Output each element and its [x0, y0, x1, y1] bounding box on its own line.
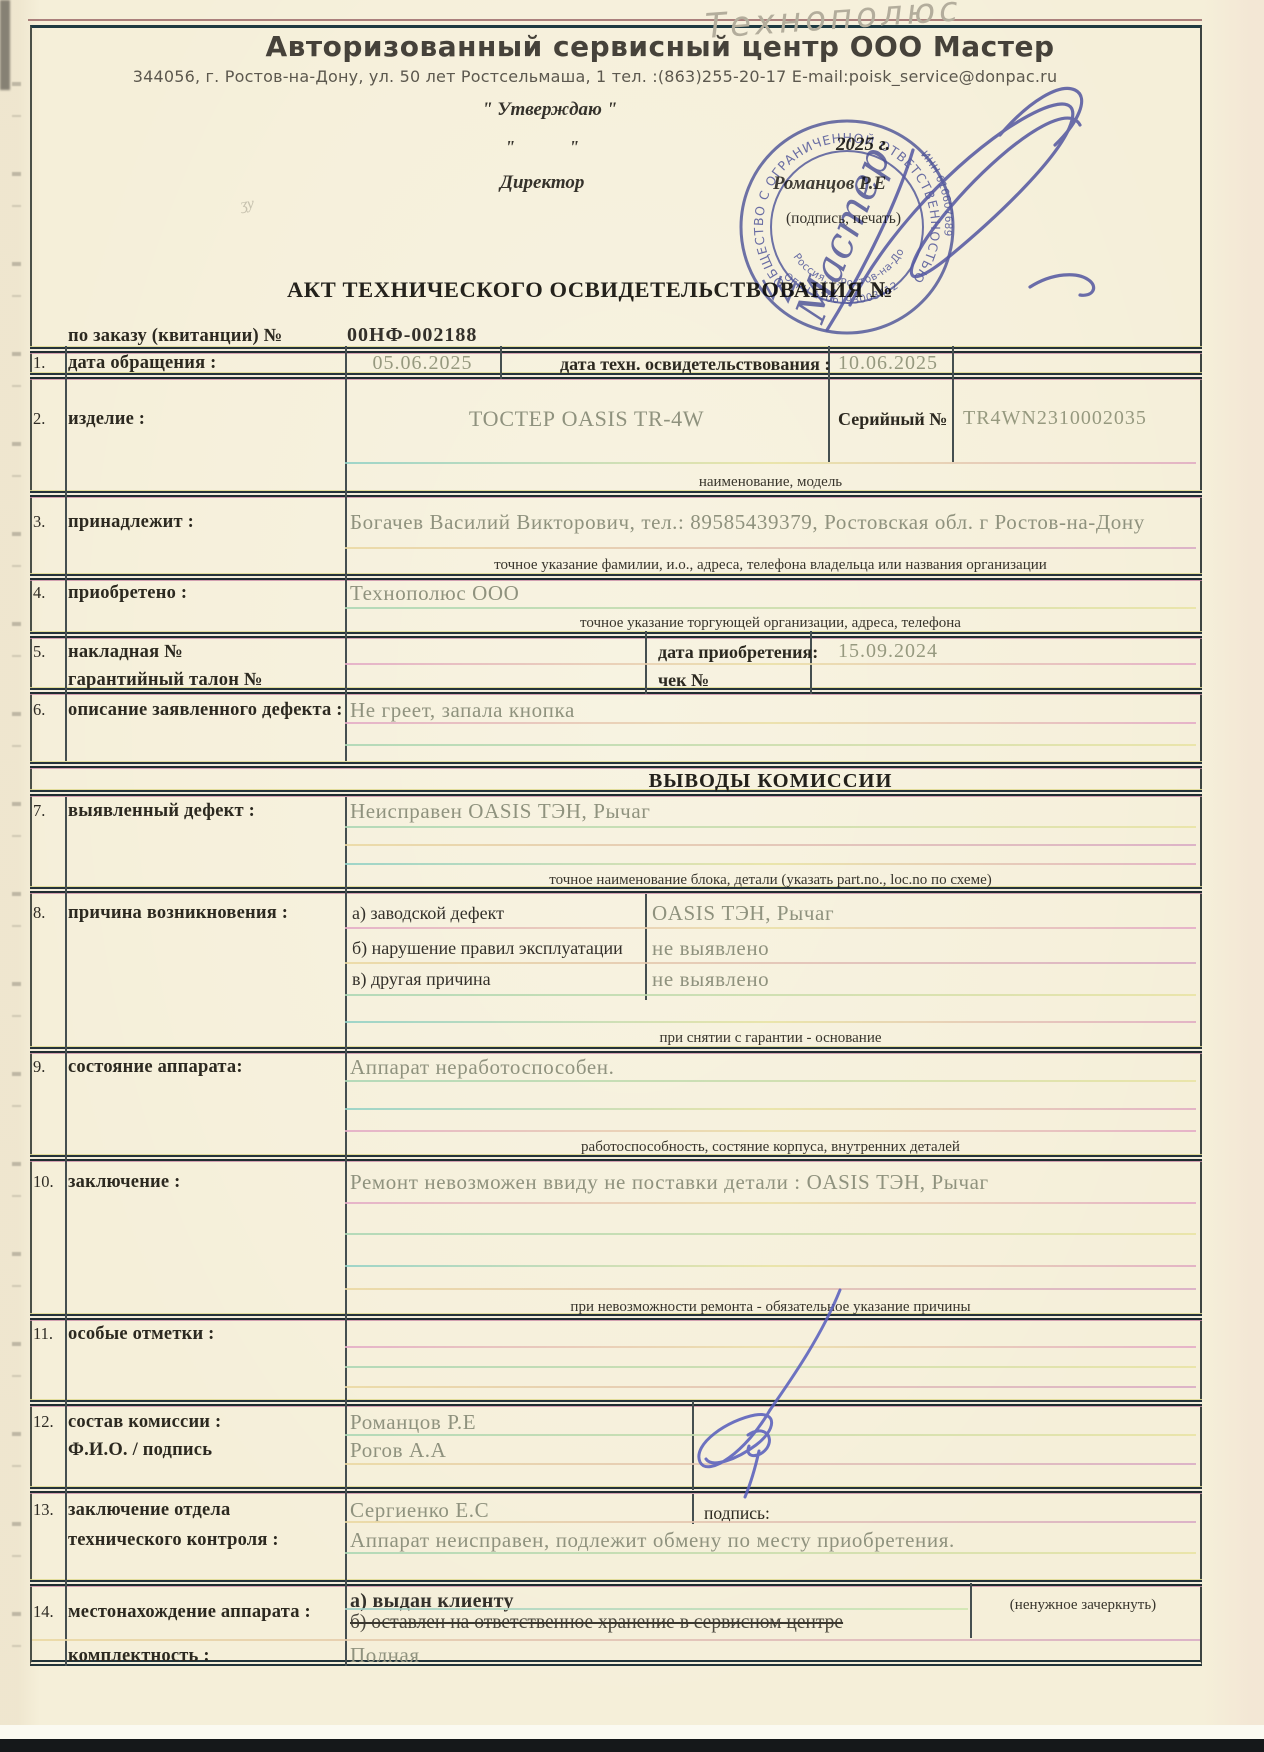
write-line [345, 1265, 1196, 1267]
row11-label: особые отметки : [68, 1324, 215, 1345]
row8-sub1-value: OASIS ТЭН, Рычаг [652, 901, 834, 926]
row6-label: описание заявленного дефекта : [68, 700, 343, 721]
separator [30, 1486, 1202, 1494]
row10-value-conclusion: Ремонт невозможен ввиду не поставки дета… [350, 1170, 989, 1195]
row5-warranty-label: гарантийный талон № [68, 670, 263, 691]
write-line [345, 1463, 1196, 1465]
row13-label: заключение отдела [68, 1500, 230, 1521]
row13-inspector: Сергиенко Е.С [350, 1498, 489, 1523]
separator [30, 1046, 1202, 1054]
grid-line [65, 346, 67, 761]
row13-verdict: Аппарат неисправен, подлежит обмену по м… [350, 1528, 955, 1553]
write-line [345, 1021, 1196, 1023]
row3-value-owner: Богачев Василий Викторович, тел.: 895854… [350, 510, 1145, 535]
grid-line [645, 894, 647, 1000]
write-line [345, 1552, 1196, 1554]
row4-value-seller: Технополюс ООО [350, 581, 519, 606]
row-number: 14. [33, 1602, 54, 1622]
pencil-scribble: ӡу [239, 195, 256, 215]
write-line [345, 962, 1196, 964]
write-line [345, 1386, 1196, 1388]
row8-sub3-label: в) другая причина [352, 969, 491, 990]
write-line [345, 1288, 1196, 1290]
row7-value-defect: Неисправен OASIS ТЭН, Рычаг [350, 799, 650, 824]
row8-sub3-value: не выявлено [652, 967, 769, 992]
section-title: ВЫВОДЫ КОМИССИИ [345, 770, 1196, 793]
write-line [345, 826, 1196, 828]
row-number: 5. [33, 642, 45, 662]
grid-line [65, 797, 67, 1666]
write-line [345, 1608, 968, 1610]
blank-date-quotes: " " [505, 137, 579, 158]
write-line [345, 1080, 1196, 1082]
row7-label: выявленный дефект : [68, 801, 255, 822]
row-number: 9. [33, 1057, 45, 1077]
row1-label2: дата техн. освидетельствования : [560, 354, 830, 375]
row9-label: состояние аппарата: [68, 1057, 243, 1078]
write-line [345, 722, 1196, 724]
row12-label2: Ф.И.О. / подпись [68, 1440, 212, 1461]
row5-purchase-date-value: 15.09.2024 [838, 640, 938, 663]
org-address: 344056, г. Ростов-на-Дону, ул. 50 лет Ро… [40, 67, 1150, 86]
row8-sub2-label: б) нарушение правил эксплуатации [352, 938, 623, 959]
row1-value2-date: 10.06.2025 [838, 352, 938, 375]
row9-caption: работоспособность, состяние корпуса, вну… [345, 1139, 1196, 1156]
separator [30, 761, 1202, 769]
write-line [345, 1366, 1196, 1368]
approve-label: " Утверждаю " [482, 99, 617, 121]
frame-top-artifact [28, 19, 1202, 21]
separator [30, 490, 1202, 498]
row5-label: накладная № [68, 642, 183, 663]
scan-bottom-bar [0, 1739, 1264, 1752]
year-label: 2025 г. [836, 134, 890, 156]
write-line [345, 927, 1196, 929]
row-number: 10. [33, 1172, 54, 1192]
write-line [345, 663, 1196, 665]
row8-sub2-value: не выявлено [652, 936, 769, 961]
write-line [32, 1639, 1200, 1641]
row14-label: местонахождение аппарата : [68, 1602, 311, 1623]
row-number: 2. [33, 409, 45, 429]
director-label: Директор [500, 172, 584, 194]
row-number: 13. [33, 1500, 54, 1520]
grid-line [500, 346, 502, 379]
row8-label: причина возникновения : [68, 903, 288, 924]
row4-label: приобретено : [68, 583, 187, 604]
scan-bottom-strip [0, 1725, 1264, 1739]
row14-note: (ненужное зачеркнуть) [970, 1597, 1196, 1614]
order-value: 00НФ-002188 [347, 324, 477, 347]
row12-label: состав комиссии : [68, 1412, 221, 1433]
row14-option-b: б) оставлен на ответственное хранение в … [350, 1612, 843, 1634]
row12-member1: Романцов Р.Е [350, 1410, 476, 1435]
write-line [345, 1130, 1196, 1132]
separator [30, 1579, 1202, 1587]
row12-member2: Рогов А.А [350, 1438, 446, 1463]
write-line [345, 1108, 1196, 1110]
write-line [345, 1233, 1196, 1235]
order-label: по заказу (квитанции) № [68, 326, 282, 347]
row3-caption: точное указание фамилии, и.о., адреса, т… [345, 557, 1196, 574]
row-number: 12. [33, 1412, 54, 1432]
row5-check-label: чек № [658, 670, 709, 691]
row8-sub1-label: а) заводской дефект [352, 903, 504, 924]
separator [30, 1399, 1202, 1407]
row8-caption: при снятии с гарантии - основание [345, 1030, 1196, 1047]
row-number: 8. [33, 903, 45, 923]
row-number: 11. [33, 1324, 53, 1344]
separator [30, 631, 1202, 639]
separator [30, 573, 1202, 581]
row4-caption: точное указание торгующей организации, а… [345, 615, 1196, 632]
grid-line [692, 1401, 694, 1490]
sign-caption: (подпись, печать) [786, 210, 901, 228]
row10-label: заключение : [68, 1172, 181, 1193]
write-line [345, 863, 1196, 865]
write-line [345, 844, 1196, 846]
row2-serial-label: Серийный № [838, 409, 947, 430]
row1-label: дата обращения : [68, 353, 217, 374]
row2-label: изделие : [68, 409, 145, 430]
director-name: Романцов Р.Е [773, 173, 886, 195]
scan-edge-marks [12, 60, 21, 1680]
org-title: Авторизованный сервисный центр ООО Масте… [130, 30, 1190, 63]
row-number: 3. [33, 512, 45, 532]
write-line [345, 607, 1196, 609]
write-line [345, 1521, 1196, 1523]
write-line [345, 744, 1196, 746]
row3-label: принадлежит : [68, 512, 194, 533]
write-line [345, 1202, 1196, 1204]
grid-line [952, 346, 954, 462]
scanned-document: { "scan": { "handwriting_top": "Технопол… [0, 0, 1264, 1752]
row-number: 6. [33, 700, 45, 720]
row10-caption: при невозможности ремонта - обязательное… [345, 1299, 1196, 1316]
write-line [345, 994, 1196, 996]
row2-serial-value: TR4WN2310002035 [963, 407, 1147, 430]
row6-value-defect: Не греет, запала кнопка [350, 698, 575, 723]
row7-caption: точное наименование блока, детали (указа… [345, 872, 1196, 889]
row2-caption: наименование, модель [345, 474, 1196, 491]
row13-label2: технического контроля : [68, 1530, 279, 1551]
grid-line [692, 1494, 694, 1524]
scan-corner-blot [0, 0, 10, 90]
write-line [345, 1434, 1196, 1436]
row14-completeness-label: комплектность : [68, 1646, 210, 1667]
row5-purchase-date-label: дата приобретения: [658, 642, 818, 663]
write-line [345, 547, 1196, 549]
write-line [345, 1346, 1196, 1348]
row1-value-date: 05.06.2025 [345, 352, 500, 375]
row-number: 7. [33, 801, 45, 821]
row9-value-condition: Аппарат неработоспособен. [350, 1055, 615, 1080]
doc-title: АКТ ТЕХНИЧЕСКОГО ОСВИДЕТЕЛЬСТВОВАНИЯ № [30, 277, 1150, 303]
row-number: 1. [33, 353, 45, 373]
row2-value-product: ТОСТЕР OASIS TR-4W [345, 406, 828, 432]
row14-completeness-value: Полная [350, 1643, 420, 1668]
row-number: 4. [33, 583, 45, 603]
write-line [345, 462, 1196, 464]
